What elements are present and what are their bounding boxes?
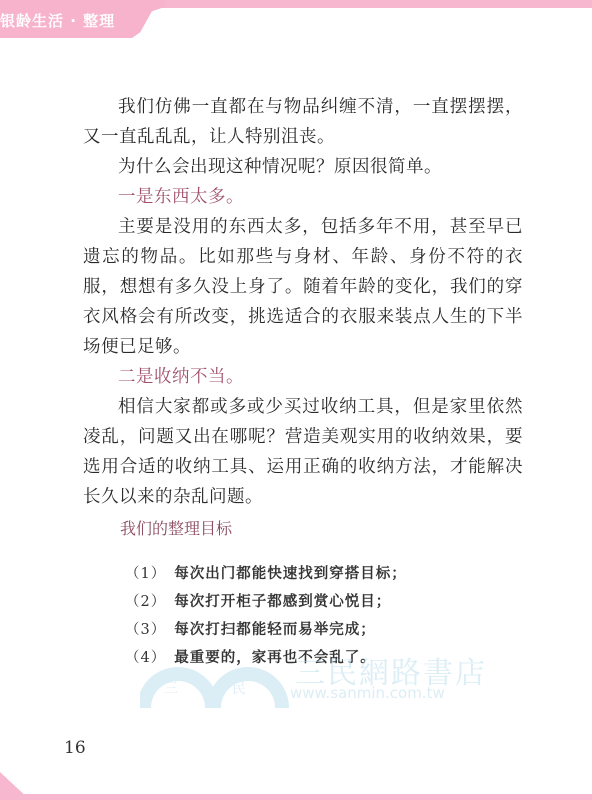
goal-item: （3）每次打扫都能轻而易举完成； [125,616,523,644]
page-number: 16 [64,738,86,758]
intro-paragraph-1: 我们仿佛一直都在与物品纠缠不清，一直摆摆摆，又一直乱乱乱，让人特别沮丧。 [83,92,523,152]
goal-item: （1）每次出门都能快速找到穿搭目标； [125,560,523,588]
intro-paragraph-2: 为什么会出现这种情况呢？原因很简单。 [83,152,523,182]
goal-item: （2）每次打开柜子都感到赏心悦目； [125,588,523,616]
goal-text: 每次出门都能快速找到穿搭目标； [174,565,407,582]
goal-text: 每次打扫都能轻而易举完成； [174,621,376,638]
running-header-title: 银龄生活 · 整理 [0,10,115,32]
goal-number: （3） [125,622,166,638]
goal-text: 每次打开柜子都感到赏心悦目； [174,593,391,610]
sanmin-watermark: 三 民 三民網路書店 www.sanmin.com.tw [140,648,480,708]
watermark-char-1: 三 [164,678,178,698]
goal-number: （2） [125,594,166,610]
page-body: 我们仿佛一直都在与物品纠缠不清，一直摆摆摆，又一直乱乱乱，让人特别沮丧。 为什么… [83,92,523,672]
goal-number: （1） [125,566,166,582]
section-heading-1: 一是东西太多。 [83,182,523,212]
section-paragraph-1: 主要是没用的东西太多，包括多年不用，甚至早已遗忘的物品。比如那些与身材、年龄、身… [83,212,523,362]
bottom-decorative-band [0,794,592,800]
watermark-char-2: 民 [232,678,246,698]
watermark-url: www.sanmin.com.tw [290,684,445,702]
goals-title: 我们的整理目标 [83,514,523,544]
watermark-arcs-icon [140,648,290,708]
section-paragraph-2: 相信大家都或多或少买过收纳工具，但是家里依然凌乱，问题又出在哪呢？营造美观实用的… [83,392,523,512]
section-heading-2: 二是收纳不当。 [83,362,523,392]
